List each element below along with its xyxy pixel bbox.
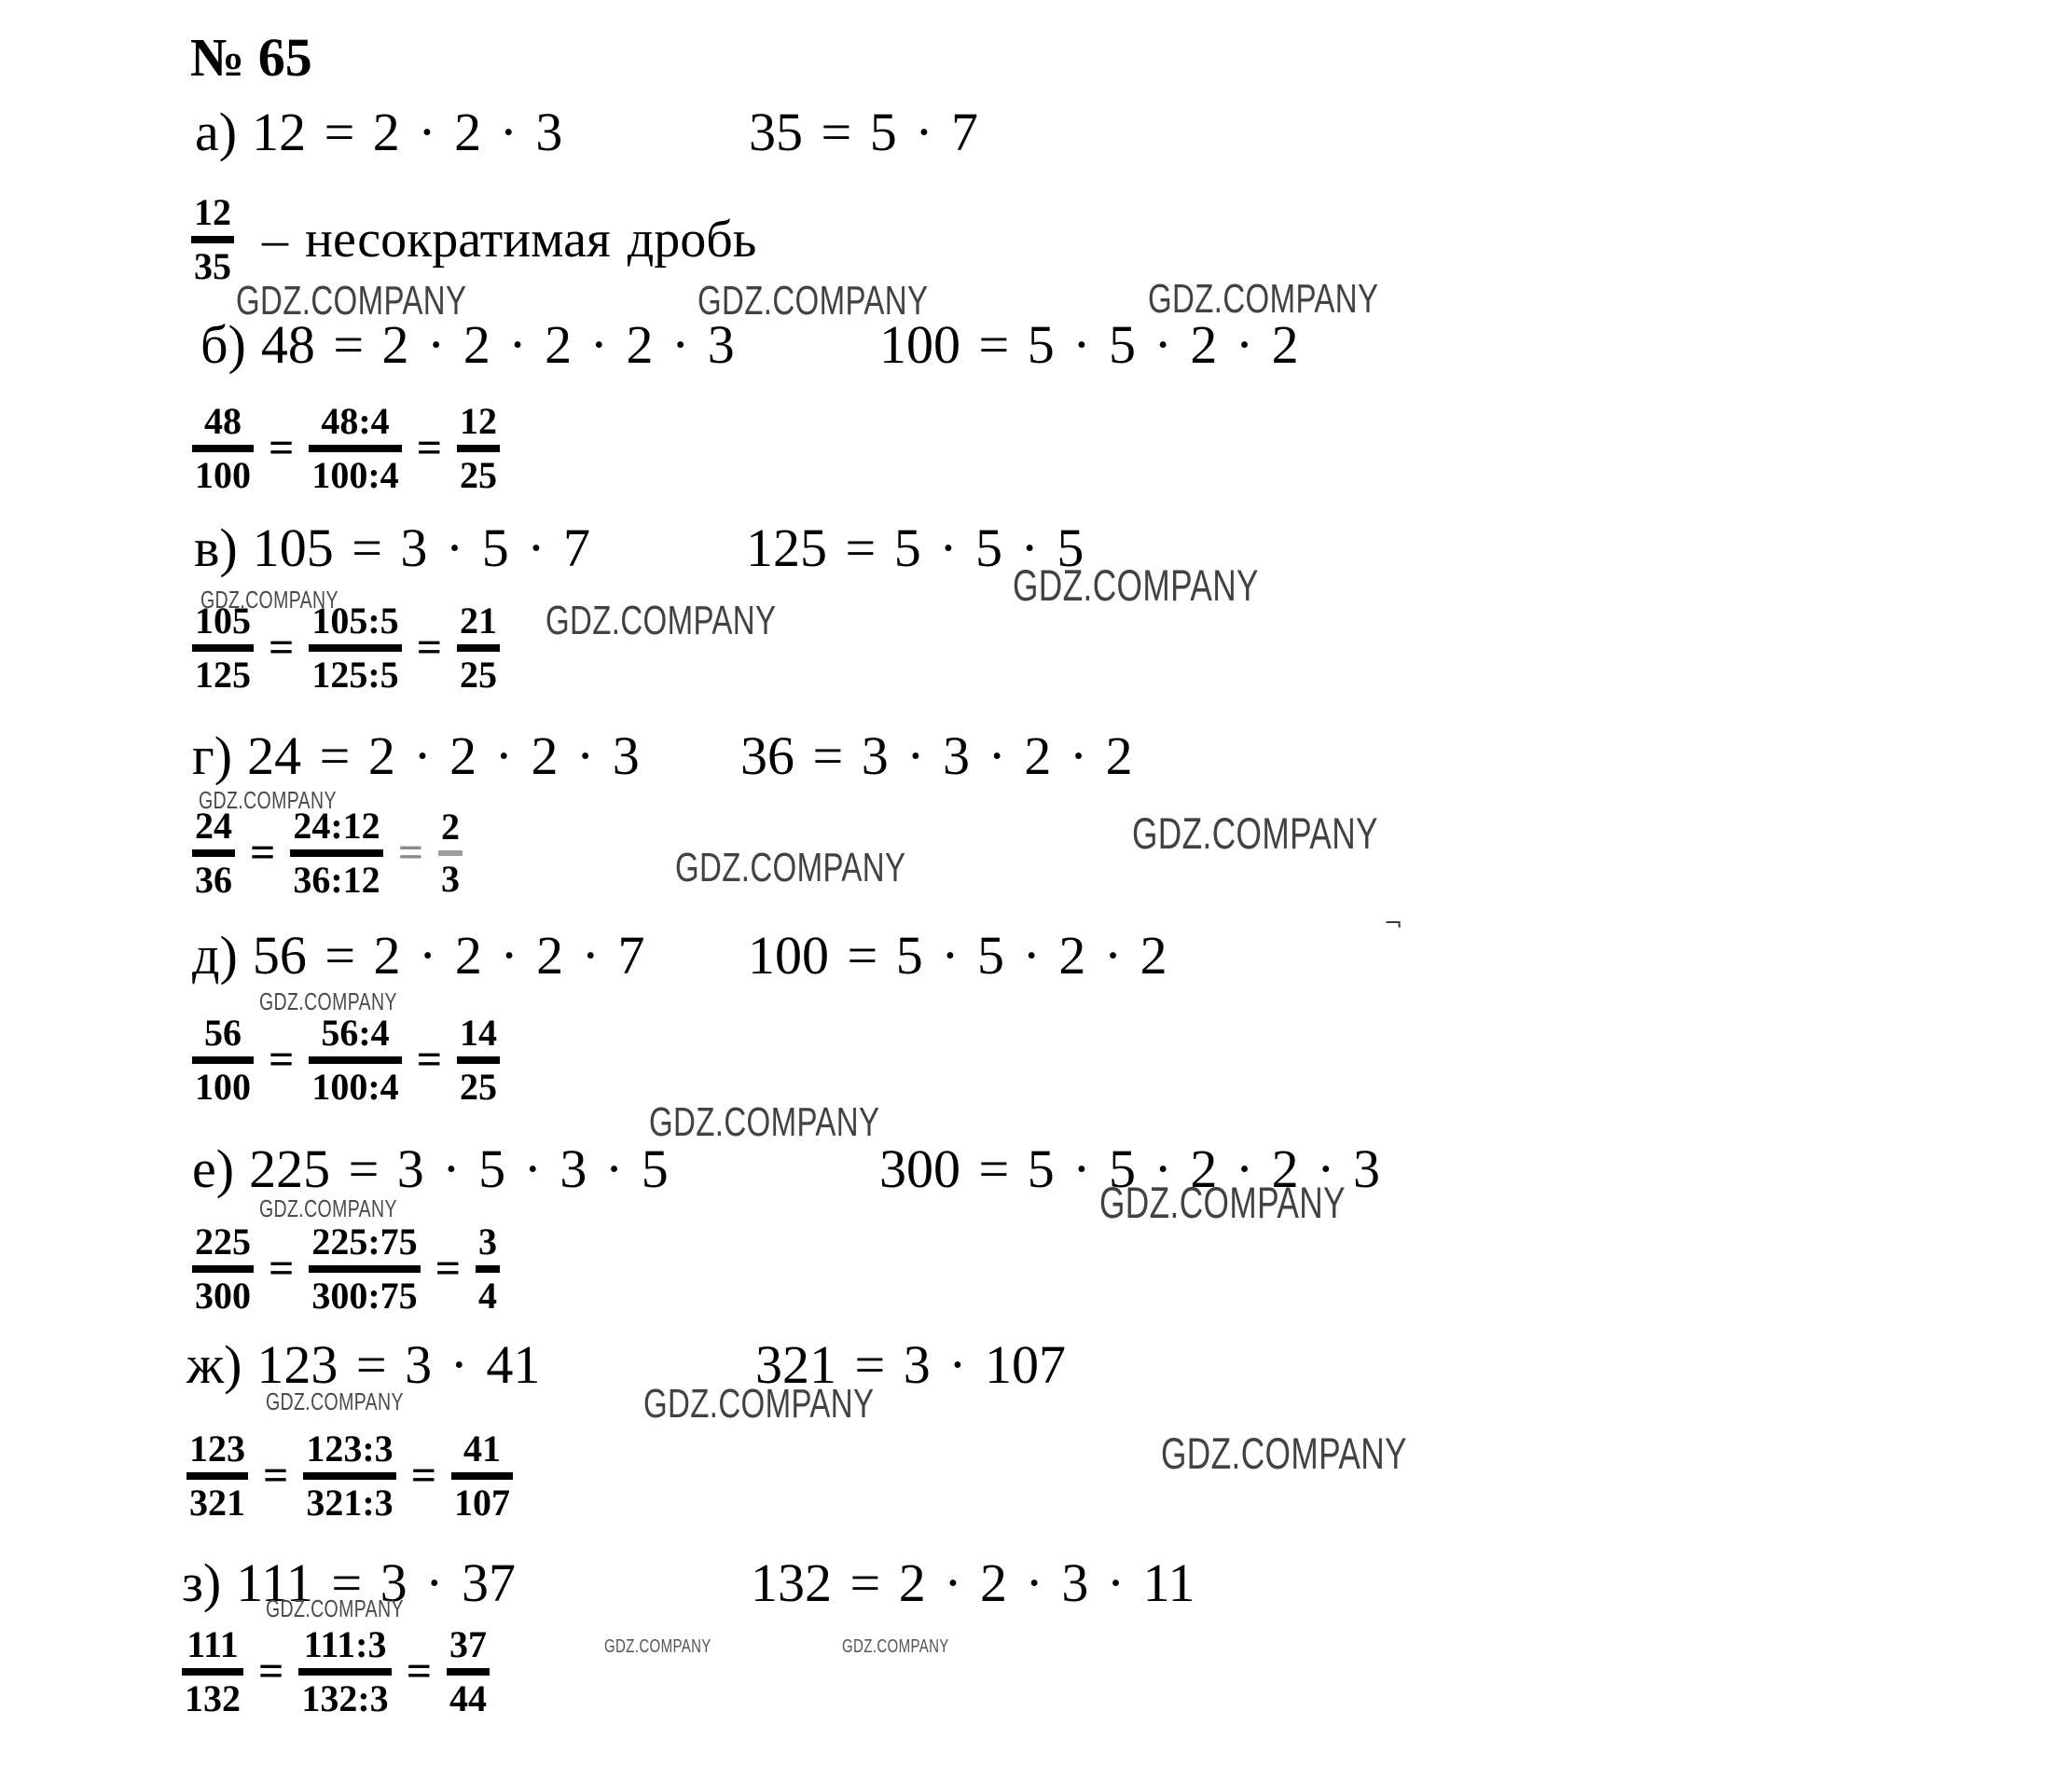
- fraction-denominator: 100: [192, 457, 254, 494]
- section-b-factorization-left: 48 = 2 · 2 · 2 · 2 · 3: [261, 317, 735, 374]
- fraction-denominator: 125: [192, 656, 254, 694]
- section-a-factorization-right: 35 = 5 · 7: [749, 104, 978, 161]
- section-zh-label: ж): [186, 1337, 242, 1394]
- fraction-bar: [191, 236, 234, 243]
- fraction-result: 21 25: [457, 602, 500, 694]
- section-v-line: в) 105 = 3 · 5 · 7: [194, 520, 590, 577]
- fraction-numerator: 2: [438, 808, 463, 846]
- fraction-bar: [192, 1265, 254, 1273]
- fraction-bar: [192, 849, 235, 857]
- fraction-denominator: 25: [457, 656, 500, 694]
- section-v-label: в): [194, 520, 238, 577]
- gdz-watermark: GDZ.COMPANY: [259, 989, 397, 1014]
- fraction-bar: [457, 644, 500, 652]
- section-z-equation: 111 132 = 111:3 132:3 = 37 44: [182, 1626, 490, 1718]
- fraction-initial: 24 36: [192, 807, 235, 899]
- fraction-irreducible: 12 35: [191, 194, 234, 285]
- fraction-denominator: 321: [186, 1484, 248, 1522]
- fraction-denominator: 25: [457, 457, 500, 494]
- fraction-bar: [438, 850, 463, 856]
- gdz-watermark: GDZ.COMPANY: [266, 1389, 404, 1414]
- section-e-equation: 225 300 = 225:75 300:75 = 3 4: [192, 1223, 500, 1315]
- fraction-initial: 105 125: [192, 602, 254, 694]
- equals-sign-faded: =: [398, 831, 423, 876]
- section-b-factorization-right: 100 = 5 · 5 · 2 · 2: [879, 317, 1299, 374]
- section-d-equation: 56 100 = 56:4 100:4 = 14 25: [192, 1014, 500, 1106]
- fraction-denominator: 300: [192, 1277, 254, 1315]
- fraction-numerator: 225:75: [309, 1223, 420, 1261]
- fraction-initial: 48 100: [192, 403, 254, 494]
- section-g-line: г) 24 = 2 · 2 · 2 · 3: [192, 728, 640, 785]
- fraction-denominator: 25: [457, 1069, 500, 1106]
- fraction-numerator: 24:12: [290, 807, 382, 845]
- irreducible-note: – несократимая дробь: [262, 210, 756, 269]
- fraction-result: 14 25: [457, 1014, 500, 1106]
- section-d-factorization-left: 56 = 2 · 2 · 2 · 7: [253, 928, 645, 985]
- section-b-line: б) 48 = 2 · 2 · 2 · 2 · 3: [200, 317, 735, 374]
- fraction-denominator: 3: [438, 861, 463, 898]
- section-z-label: з): [182, 1555, 221, 1612]
- fraction-numerator: 123:3: [303, 1430, 395, 1468]
- equals-sign: =: [407, 1649, 432, 1694]
- fraction-denominator: 100:4: [309, 457, 401, 494]
- section-e-label: е): [192, 1141, 234, 1198]
- section-e-factorization-left: 225 = 3 · 5 · 3 · 5: [249, 1141, 669, 1198]
- fraction-bar: [303, 1472, 395, 1480]
- section-g-factorization-right: 36 = 3 · 3 · 2 · 2: [740, 728, 1133, 785]
- fraction-result-faded: 2 3: [438, 808, 463, 898]
- section-z-factorization-right: 132 = 2 · 2 · 3 · 11: [751, 1555, 1195, 1612]
- fraction-numerator: 56: [201, 1014, 244, 1052]
- fraction-bar: [447, 1668, 490, 1676]
- fraction-bar: [476, 1265, 500, 1273]
- section-a-fraction-row: 12 35 – несократимая дробь: [191, 194, 756, 285]
- fraction-denominator: 132: [182, 1680, 243, 1718]
- fraction-denominator: 132:3: [298, 1680, 391, 1718]
- stray-tick-mark: ¬: [1384, 910, 1402, 936]
- fraction-denominator: 125:5: [309, 656, 401, 694]
- equals-sign: =: [263, 1454, 288, 1498]
- equals-sign: =: [269, 626, 294, 670]
- gdz-watermark: GDZ.COMPANY: [604, 1637, 711, 1656]
- fraction-numerator: 14: [457, 1014, 500, 1052]
- fraction-divided: 56:4 100:4: [309, 1014, 401, 1106]
- section-d-label: д): [192, 928, 238, 985]
- section-g-factorization-left: 24 = 2 · 2 · 2 · 3: [247, 728, 640, 785]
- gdz-watermark: GDZ.COMPANY: [643, 1384, 874, 1425]
- fraction-initial: 56 100: [192, 1014, 254, 1106]
- fraction-result: 12 25: [457, 403, 500, 494]
- section-zh-equation: 123 321 = 123:3 321:3 = 41 107: [186, 1430, 513, 1522]
- fraction-divided: 111:3 132:3: [298, 1626, 391, 1718]
- problem-number: № 65: [190, 26, 312, 89]
- fraction-divided: 225:75 300:75: [309, 1223, 420, 1315]
- fraction-bar: [309, 445, 401, 452]
- gdz-watermark: GDZ.COMPANY: [266, 1596, 404, 1621]
- fraction-denominator: 107: [451, 1484, 513, 1522]
- equals-sign: =: [435, 1247, 461, 1291]
- equals-sign: =: [411, 1454, 436, 1498]
- fraction-numerator: 105: [192, 602, 254, 640]
- fraction-numerator: 123: [186, 1430, 248, 1468]
- fraction-bar: [298, 1668, 391, 1676]
- gdz-watermark: GDZ.COMPANY: [649, 1102, 879, 1143]
- equals-sign: =: [417, 426, 442, 471]
- fraction-denominator: 35: [191, 248, 234, 285]
- fraction-bar: [192, 1056, 254, 1064]
- section-b-label: б): [200, 317, 246, 374]
- gdz-watermark: GDZ.COMPANY: [1132, 811, 1378, 855]
- gdz-watermark: GDZ.COMPANY: [1099, 1180, 1346, 1224]
- fraction-initial: 123 321: [186, 1430, 248, 1522]
- fraction-numerator: 56:4: [318, 1014, 392, 1052]
- fraction-bar: [309, 1056, 401, 1064]
- gdz-watermark: GDZ.COMPANY: [546, 600, 776, 642]
- fraction-numerator: 24: [192, 807, 235, 845]
- section-e-line: е) 225 = 3 · 5 · 3 · 5: [192, 1141, 669, 1198]
- fraction-result: 3 4: [476, 1223, 500, 1315]
- fraction-numerator: 225: [192, 1223, 254, 1261]
- gdz-watermark: GDZ.COMPANY: [1161, 1431, 1407, 1475]
- section-d-line: д) 56 = 2 · 2 · 2 · 7: [192, 928, 644, 985]
- gdz-watermark: GDZ.COMPANY: [675, 848, 905, 889]
- fraction-bar: [192, 644, 254, 652]
- equals-sign: =: [258, 1649, 283, 1694]
- gdz-watermark: GDZ.COMPANY: [842, 1637, 949, 1656]
- equals-sign: =: [269, 1038, 294, 1083]
- fraction-numerator: 37: [447, 1626, 490, 1663]
- section-v-factorization-left: 105 = 3 · 5 · 7: [253, 520, 590, 577]
- section-g-equation: 24 36 = 24:12 36:12 = 2 3: [192, 807, 463, 899]
- fraction-numerator: 48: [201, 403, 244, 440]
- fraction-result: 37 44: [447, 1626, 490, 1718]
- section-b-equation: 48 100 = 48:4 100:4 = 12 25: [192, 403, 500, 494]
- fraction-numerator: 12: [457, 403, 500, 440]
- fraction-denominator: 321:3: [303, 1484, 395, 1522]
- gdz-watermark: GDZ.COMPANY: [1013, 563, 1259, 607]
- section-a-line: а) 12 = 2 · 2 · 3: [195, 104, 562, 161]
- solution-page: № 65 а) 12 = 2 · 2 · 3 35 = 5 · 7 12 35 …: [0, 0, 2072, 1766]
- fraction-numerator: 111:3: [301, 1626, 390, 1663]
- gdz-watermark: GDZ.COMPANY: [259, 1196, 397, 1221]
- section-d-factorization-right: 100 = 5 · 5 · 2 · 2: [748, 928, 1167, 985]
- fraction-bar: [186, 1472, 248, 1480]
- section-v-equation: 105 125 = 105:5 125:5 = 21 25: [192, 602, 500, 694]
- fraction-numerator: 48:4: [318, 403, 392, 440]
- fraction-divided: 123:3 321:3: [303, 1430, 395, 1522]
- fraction-initial: 225 300: [192, 1223, 254, 1315]
- section-g-label: г): [192, 728, 232, 785]
- equals-sign: =: [269, 1247, 294, 1291]
- fraction-bar: [309, 1265, 420, 1273]
- fraction-bar: [457, 445, 500, 452]
- equals-sign: =: [417, 626, 442, 670]
- fraction-bar: [182, 1668, 243, 1676]
- fraction-numerator: 111: [184, 1626, 242, 1663]
- fraction-numerator: 41: [461, 1430, 504, 1468]
- fraction-bar: [192, 445, 254, 452]
- fraction-divided: 24:12 36:12: [290, 807, 382, 899]
- fraction-denominator: 36:12: [290, 862, 382, 899]
- equals-sign: =: [269, 426, 294, 471]
- fraction-bar: [457, 1056, 500, 1064]
- section-a-factorization-left: 12 = 2 · 2 · 3: [252, 104, 562, 161]
- fraction-divided: 48:4 100:4: [309, 403, 401, 494]
- fraction-numerator: 105:5: [309, 602, 401, 640]
- fraction-bar: [290, 849, 382, 857]
- fraction-denominator: 4: [476, 1277, 500, 1315]
- equals-sign: =: [417, 1038, 442, 1083]
- fraction-denominator: 300:75: [309, 1277, 420, 1315]
- fraction-numerator: 12: [191, 194, 234, 231]
- fraction-denominator: 44: [447, 1680, 490, 1718]
- fraction-bar: [451, 1472, 513, 1480]
- fraction-denominator: 36: [192, 862, 235, 899]
- section-zh-factorization-left: 123 = 3 · 41: [256, 1337, 540, 1394]
- fraction-numerator: 21: [457, 602, 500, 640]
- section-a-label: а): [195, 104, 237, 161]
- fraction-initial: 111 132: [182, 1626, 243, 1718]
- fraction-result: 41 107: [451, 1430, 513, 1522]
- equals-sign: =: [250, 831, 275, 876]
- fraction-denominator: 100:4: [309, 1069, 401, 1106]
- fraction-denominator: 100: [192, 1069, 254, 1106]
- section-zh-line: ж) 123 = 3 · 41: [186, 1337, 540, 1394]
- fraction-divided: 105:5 125:5: [309, 602, 401, 694]
- fraction-bar: [309, 644, 401, 652]
- fraction-numerator: 3: [476, 1223, 500, 1261]
